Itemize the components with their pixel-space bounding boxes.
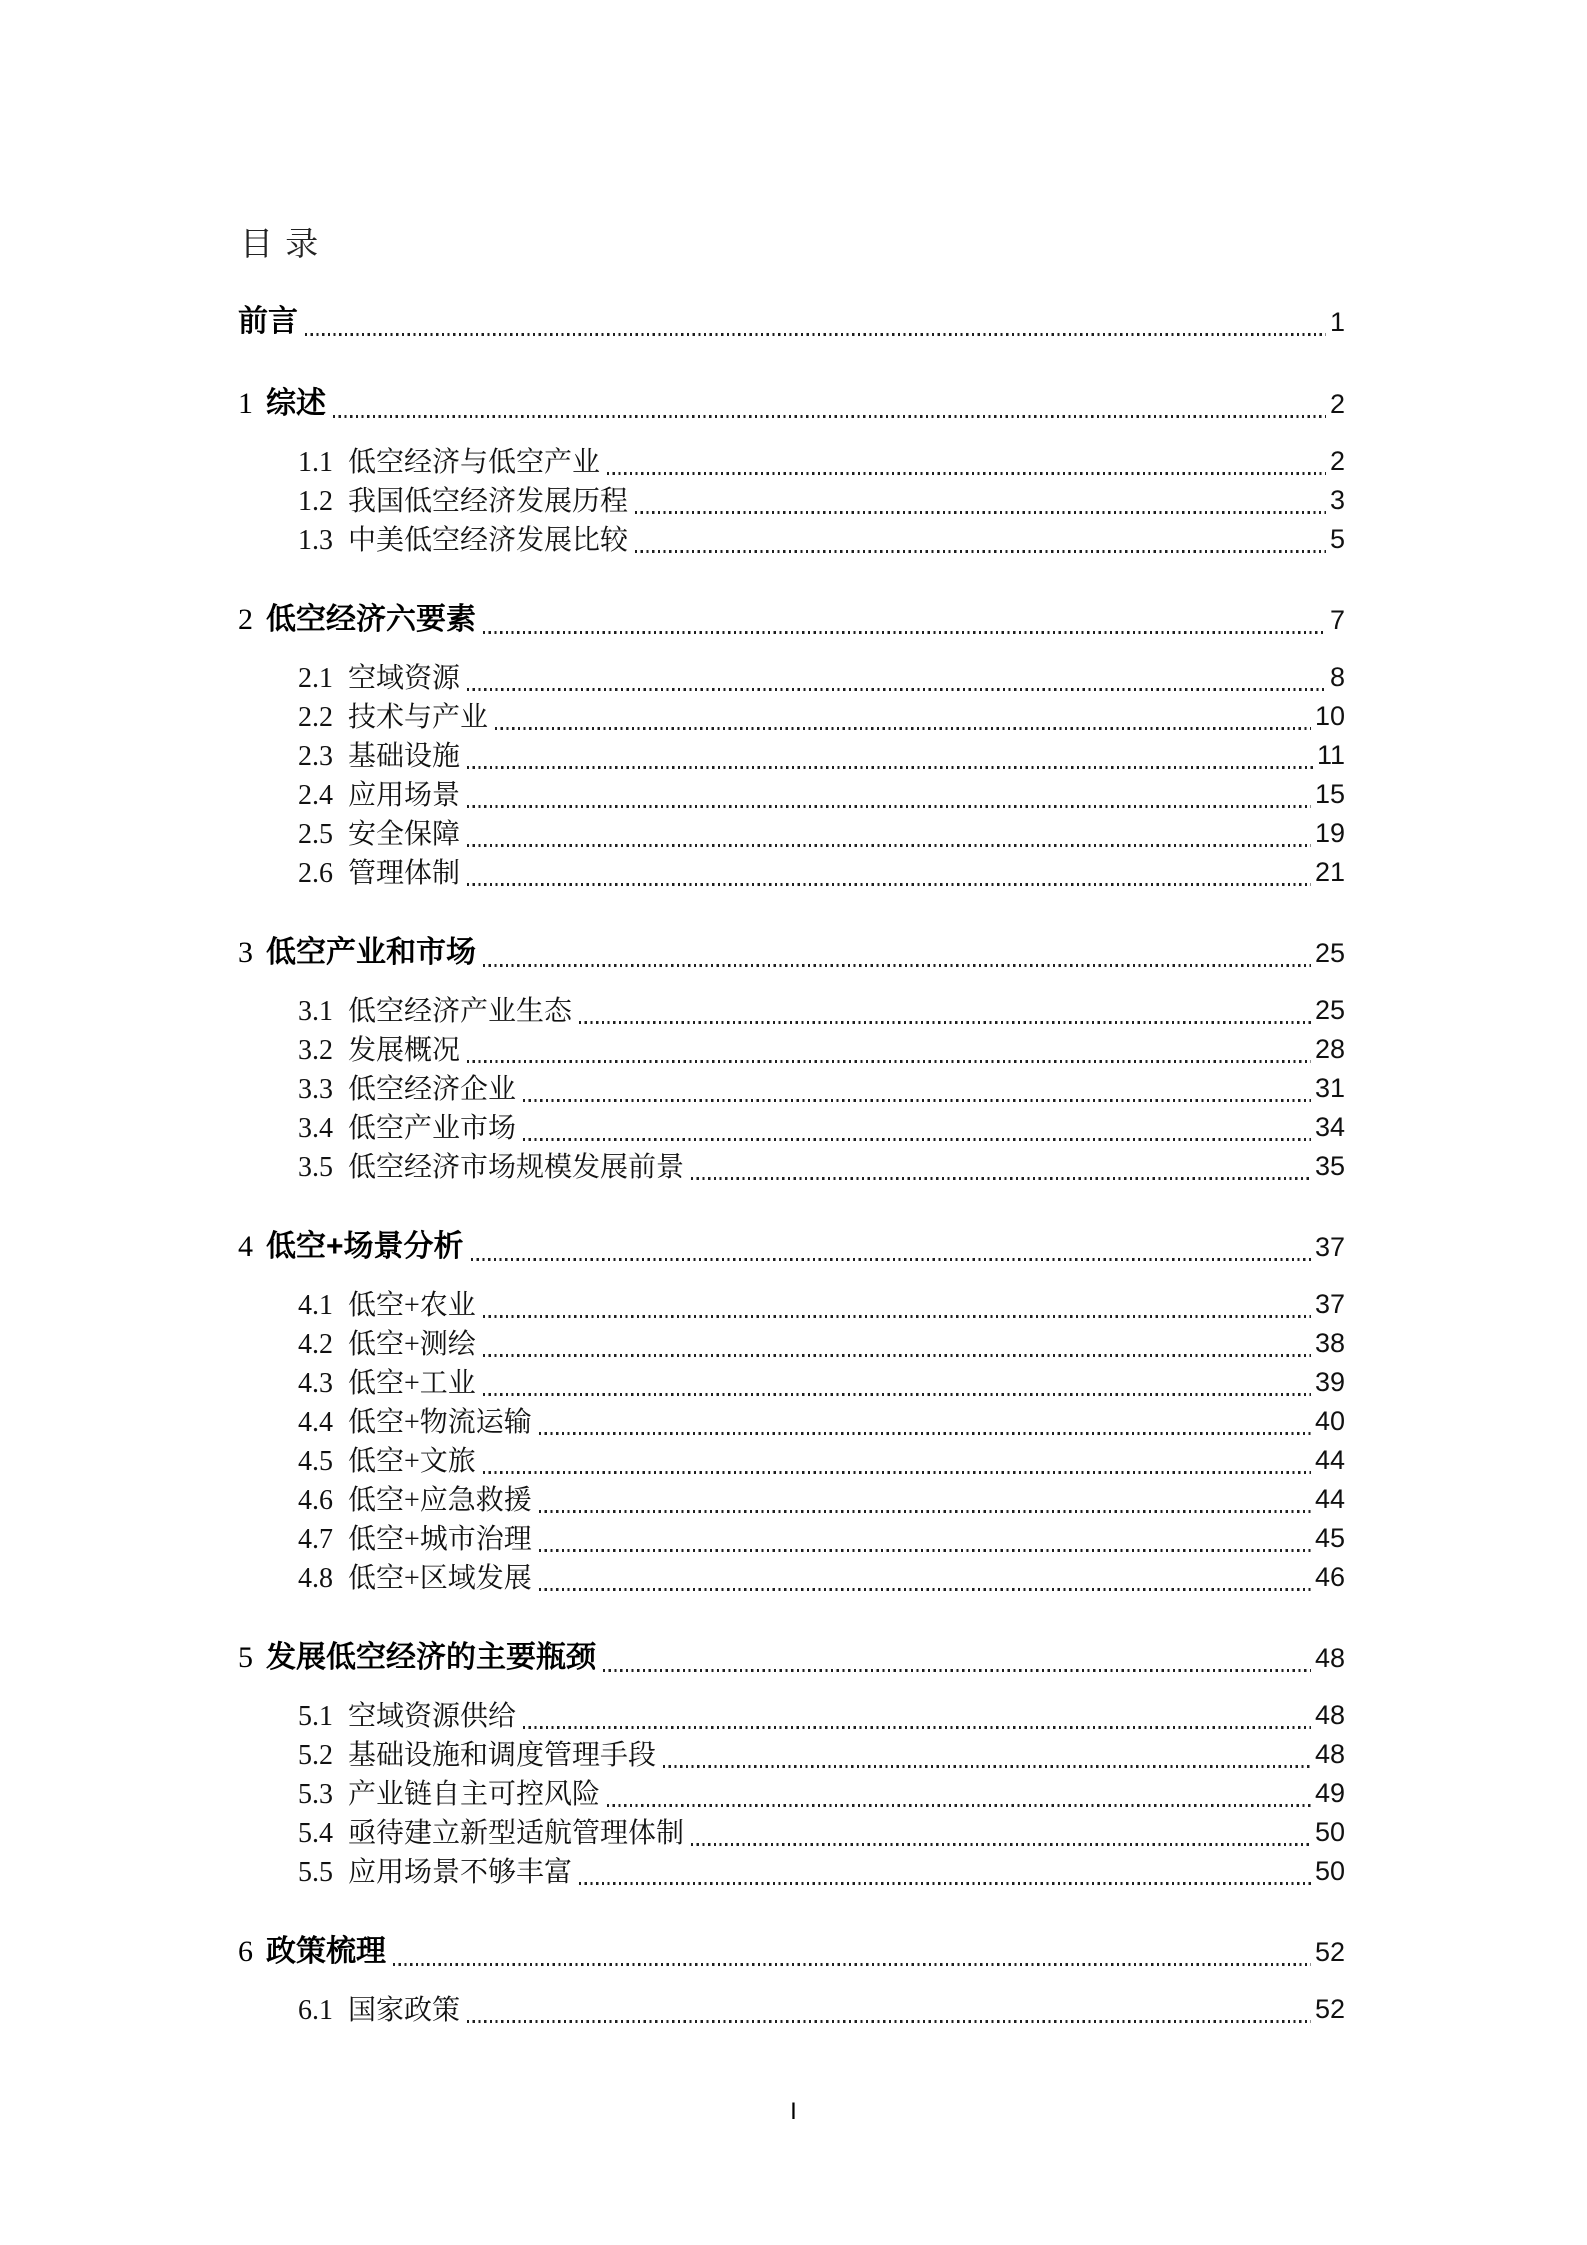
- toc-entry-page: 39: [1315, 1369, 1345, 1396]
- toc-entry-label: 低空经济产业生态: [348, 993, 572, 1031]
- toc-entry-number: 4.4: [298, 1404, 333, 1442]
- toc-entry[interactable]: 3 低空产业和市场 25: [238, 929, 1345, 975]
- toc-entry[interactable]: 4.3 低空+工业 39: [238, 1364, 1345, 1403]
- toc-entry-label: 低空经济企业: [348, 1071, 516, 1109]
- toc-entry-number: 4.2: [298, 1326, 333, 1364]
- toc-entry-label: 低空产业市场: [348, 1110, 516, 1148]
- dotted-leader: [607, 472, 1326, 475]
- toc-entry[interactable]: 4 低空+场景分析 37: [238, 1223, 1345, 1269]
- toc-entry-number: 5.2: [298, 1737, 333, 1775]
- toc-entry[interactable]: 6.1 国家政策 52: [238, 1991, 1345, 2030]
- toc-entry-page: 48: [1315, 1741, 1345, 1768]
- toc-entry[interactable]: 5.1 空域资源供给 48: [238, 1697, 1345, 1736]
- toc-entry[interactable]: 2.1 空域资源 8: [238, 659, 1345, 698]
- toc-entry[interactable]: 1.2 我国低空经济发展历程 3: [238, 482, 1345, 521]
- toc-entry[interactable]: 前言 1: [238, 298, 1345, 344]
- dotted-leader: [467, 1060, 1311, 1063]
- toc-entry-page: 10: [1315, 703, 1345, 730]
- toc-entry-label: 低空+测绘: [348, 1326, 476, 1364]
- toc-entry-number: 2.6: [298, 855, 333, 893]
- toc-entry-number: 2.3: [298, 738, 333, 776]
- toc-entry-page: 21: [1315, 859, 1345, 886]
- dotted-leader: [607, 1804, 1311, 1807]
- toc-entry-page: 15: [1315, 781, 1345, 808]
- dotted-leader: [523, 1726, 1311, 1729]
- toc-entry[interactable]: 2.3 基础设施 11: [238, 737, 1345, 776]
- toc-entry-label: 安全保障: [348, 816, 460, 854]
- toc-entry[interactable]: 3.5 低空经济市场规模发展前景 35: [238, 1148, 1345, 1187]
- toc-entry-number: 1.3: [298, 522, 333, 560]
- toc-entry-number: 2.1: [298, 660, 333, 698]
- toc-entry-number: 6: [238, 1930, 253, 1974]
- toc-entry-number: 1.2: [298, 483, 333, 521]
- toc-entry-page: 8: [1330, 664, 1345, 691]
- toc-entry-page: 28: [1315, 1036, 1345, 1063]
- dotted-leader: [663, 1765, 1311, 1768]
- toc-entry[interactable]: 4.7 低空+城市治理 45: [238, 1520, 1345, 1559]
- toc-entry-number: 3.4: [298, 1110, 333, 1148]
- toc-entry-number: 5.4: [298, 1815, 333, 1853]
- dotted-leader: [467, 844, 1311, 847]
- dotted-leader: [579, 1882, 1311, 1885]
- toc-entry-page: 37: [1315, 1291, 1345, 1318]
- toc-entry-page: 35: [1315, 1153, 1345, 1180]
- toc-entry-page: 50: [1315, 1819, 1345, 1846]
- toc-title: 目 录: [240, 222, 1345, 268]
- toc-entry[interactable]: 4.2 低空+测绘 38: [238, 1325, 1345, 1364]
- toc-entry-number: 1.1: [298, 444, 333, 482]
- toc-entry[interactable]: 2.5 安全保障 19: [238, 815, 1345, 854]
- dotted-leader: [483, 1354, 1311, 1357]
- toc-entry[interactable]: 2.4 应用场景 15: [238, 776, 1345, 815]
- toc-entry-page: 2: [1330, 448, 1345, 475]
- dotted-leader: [635, 511, 1326, 514]
- toc-entry[interactable]: 4.6 低空+应急救援 44: [238, 1481, 1345, 1520]
- dotted-leader: [523, 1138, 1311, 1141]
- dotted-leader: [483, 964, 1311, 967]
- toc-entry-number: 3.1: [298, 993, 333, 1031]
- dotted-leader: [483, 1471, 1311, 1474]
- toc-entry-label: 低空经济六要素: [266, 598, 476, 642]
- dotted-leader: [579, 1021, 1311, 1024]
- toc-entry[interactable]: 2 低空经济六要素 7: [238, 596, 1345, 642]
- toc-entry[interactable]: 3.4 低空产业市场 34: [238, 1109, 1345, 1148]
- toc-entry-number: 2.5: [298, 816, 333, 854]
- toc-entry-label: 发展低空经济的主要瓶颈: [266, 1636, 596, 1680]
- toc-entry-label: 基础设施: [348, 738, 460, 776]
- toc-entry-page: 19: [1315, 820, 1345, 847]
- toc-entry-page: 31: [1315, 1075, 1345, 1102]
- toc-entry-label: 应用场景: [348, 777, 460, 815]
- dotted-leader: [483, 631, 1326, 634]
- toc-entry-label: 低空+文旅: [348, 1443, 476, 1481]
- toc-entry[interactable]: 4.4 低空+物流运输 40: [238, 1403, 1345, 1442]
- toc-entry[interactable]: 4.1 低空+农业 37: [238, 1286, 1345, 1325]
- toc-entry-number: 1: [238, 382, 253, 426]
- toc-entry-page: 25: [1315, 940, 1345, 967]
- table-of-contents: 前言 1 1 综述 2 1.1 低空经济与低空产业 2 1.2 我国低空经济发展…: [238, 298, 1345, 2030]
- dotted-leader: [691, 1843, 1311, 1846]
- toc-entry-number: 6.1: [298, 1992, 333, 2030]
- dotted-leader: [539, 1510, 1311, 1513]
- toc-entry[interactable]: 1.3 中美低空经济发展比较 5: [238, 521, 1345, 560]
- toc-entry-number: 4.3: [298, 1365, 333, 1403]
- toc-entry-label: 空域资源: [348, 660, 460, 698]
- toc-entry[interactable]: 3.3 低空经济企业 31: [238, 1070, 1345, 1109]
- toc-entry[interactable]: 5.3 产业链自主可控风险 49: [238, 1775, 1345, 1814]
- toc-entry-page: 52: [1315, 1939, 1345, 1966]
- toc-entry-page: 38: [1315, 1330, 1345, 1357]
- dotted-leader: [467, 883, 1311, 886]
- dotted-leader: [333, 415, 1326, 418]
- toc-entry-number: 5: [238, 1636, 253, 1680]
- toc-entry[interactable]: 3.2 发展概况 28: [238, 1031, 1345, 1070]
- toc-entry-page: 48: [1315, 1702, 1345, 1729]
- toc-entry-label: 低空经济市场规模发展前景: [348, 1149, 684, 1187]
- toc-entry[interactable]: 2.2 技术与产业 10: [238, 698, 1345, 737]
- toc-entry-page: 5: [1330, 526, 1345, 553]
- toc-entry-page: 3: [1330, 487, 1345, 514]
- toc-entry-number: 3.2: [298, 1032, 333, 1070]
- dotted-leader: [483, 1315, 1311, 1318]
- toc-entry-number: 2: [238, 598, 253, 642]
- toc-entry-label: 低空+工业: [348, 1365, 476, 1403]
- toc-entry[interactable]: 5.5 应用场景不够丰富 50: [238, 1853, 1345, 1892]
- toc-entry-number: 2.2: [298, 699, 333, 737]
- dotted-leader: [603, 1669, 1311, 1672]
- toc-entry-page: 44: [1315, 1486, 1345, 1513]
- toc-entry-label: 低空经济与低空产业: [348, 444, 600, 482]
- toc-entry-page: 50: [1315, 1858, 1345, 1885]
- toc-entry-page: 48: [1315, 1645, 1345, 1672]
- toc-entry-number: 4: [238, 1225, 253, 1269]
- toc-entry[interactable]: 3.1 低空经济产业生态 25: [238, 992, 1345, 1031]
- dotted-leader: [523, 1099, 1311, 1102]
- toc-entry-page: 44: [1315, 1447, 1345, 1474]
- dotted-leader: [691, 1177, 1311, 1180]
- dotted-leader: [539, 1588, 1311, 1591]
- toc-entry-label: 管理体制: [348, 855, 460, 893]
- toc-entry-page: 1: [1330, 309, 1345, 336]
- dotted-leader: [393, 1963, 1311, 1966]
- toc-entry-label: 产业链自主可控风险: [348, 1776, 600, 1814]
- toc-entry-page: 37: [1315, 1234, 1345, 1261]
- dotted-leader: [495, 727, 1311, 730]
- toc-entry-page: 40: [1315, 1408, 1345, 1435]
- dotted-leader: [467, 805, 1311, 808]
- toc-entry-number: 3.5: [298, 1149, 333, 1187]
- toc-entry-page: 52: [1315, 1996, 1345, 2023]
- dotted-leader: [467, 688, 1326, 691]
- toc-entry[interactable]: 6 政策梳理 52: [238, 1928, 1345, 1974]
- dotted-leader: [483, 1393, 1311, 1396]
- toc-entry-number: 4.1: [298, 1287, 333, 1325]
- page-number-footer: I: [0, 2098, 1587, 2126]
- toc-entry[interactable]: 5.4 亟待建立新型适航管理体制 50: [238, 1814, 1345, 1853]
- toc-entry-label: 发展概况: [348, 1032, 460, 1070]
- toc-entry-number: 4.6: [298, 1482, 333, 1520]
- toc-entry[interactable]: 1 综述 2: [238, 380, 1345, 426]
- toc-entry-number: 4.7: [298, 1521, 333, 1559]
- toc-entry-label: 低空+物流运输: [348, 1404, 532, 1442]
- toc-entry[interactable]: 5.2 基础设施和调度管理手段 48: [238, 1736, 1345, 1775]
- toc-entry[interactable]: 4.8 低空+区域发展 46: [238, 1559, 1345, 1598]
- toc-entry-number: 4.8: [298, 1560, 333, 1598]
- toc-entry-number: 3.3: [298, 1071, 333, 1109]
- toc-entry-label: 基础设施和调度管理手段: [348, 1737, 656, 1775]
- toc-entry-label: 技术与产业: [348, 699, 488, 737]
- toc-entry-label: 综述: [266, 382, 326, 426]
- toc-entry-page: 25: [1315, 997, 1345, 1024]
- toc-entry-label: 空域资源供给: [348, 1698, 516, 1736]
- toc-entry-label: 我国低空经济发展历程: [348, 483, 628, 521]
- toc-entry-label: 低空+应急救援: [348, 1482, 532, 1520]
- document-page: 目 录 前言 1 1 综述 2 1.1 低空经济与低空产业 2 1.2 我国低空…: [0, 0, 1587, 2245]
- toc-entry-number: 5.1: [298, 1698, 333, 1736]
- dotted-leader: [467, 2020, 1311, 2023]
- toc-entry-number: 5.5: [298, 1854, 333, 1892]
- toc-entry-page: 7: [1330, 607, 1345, 634]
- toc-entry-label: 低空+区域发展: [348, 1560, 532, 1598]
- toc-entry-page: 49: [1315, 1780, 1345, 1807]
- toc-entry[interactable]: 5 发展低空经济的主要瓶颈 48: [238, 1634, 1345, 1680]
- dotted-leader: [471, 1258, 1311, 1261]
- toc-entry-label: 前言: [238, 300, 298, 344]
- toc-entry-label: 中美低空经济发展比较: [348, 522, 628, 560]
- dotted-leader: [635, 550, 1326, 553]
- toc-entry[interactable]: 4.5 低空+文旅 44: [238, 1442, 1345, 1481]
- toc-entry-label: 低空+农业: [348, 1287, 476, 1325]
- toc-entry-label: 低空+场景分析: [266, 1225, 464, 1269]
- toc-entry-label: 低空产业和市场: [266, 931, 476, 975]
- dotted-leader: [305, 333, 1326, 336]
- toc-entry-number: 4.5: [298, 1443, 333, 1481]
- toc-entry[interactable]: 1.1 低空经济与低空产业 2: [238, 443, 1345, 482]
- toc-entry-page: 34: [1315, 1114, 1345, 1141]
- toc-entry-label: 应用场景不够丰富: [348, 1854, 572, 1892]
- toc-entry-number: 2.4: [298, 777, 333, 815]
- toc-entry-label: 政策梳理: [266, 1930, 386, 1974]
- toc-entry-page: 2: [1330, 391, 1345, 418]
- dotted-leader: [539, 1432, 1311, 1435]
- toc-entry-page: 45: [1315, 1525, 1345, 1552]
- toc-entry-label: 国家政策: [348, 1992, 460, 2030]
- toc-entry-label: 低空+城市治理: [348, 1521, 532, 1559]
- toc-entry-page: 46: [1315, 1564, 1345, 1591]
- toc-entry-number: 3: [238, 931, 253, 975]
- toc-entry-label: 亟待建立新型适航管理体制: [348, 1815, 684, 1853]
- toc-entry-page: 11: [1317, 742, 1345, 769]
- dotted-leader: [467, 766, 1313, 769]
- dotted-leader: [539, 1549, 1311, 1552]
- toc-entry[interactable]: 2.6 管理体制 21: [238, 854, 1345, 893]
- toc-entry-number: 5.3: [298, 1776, 333, 1814]
